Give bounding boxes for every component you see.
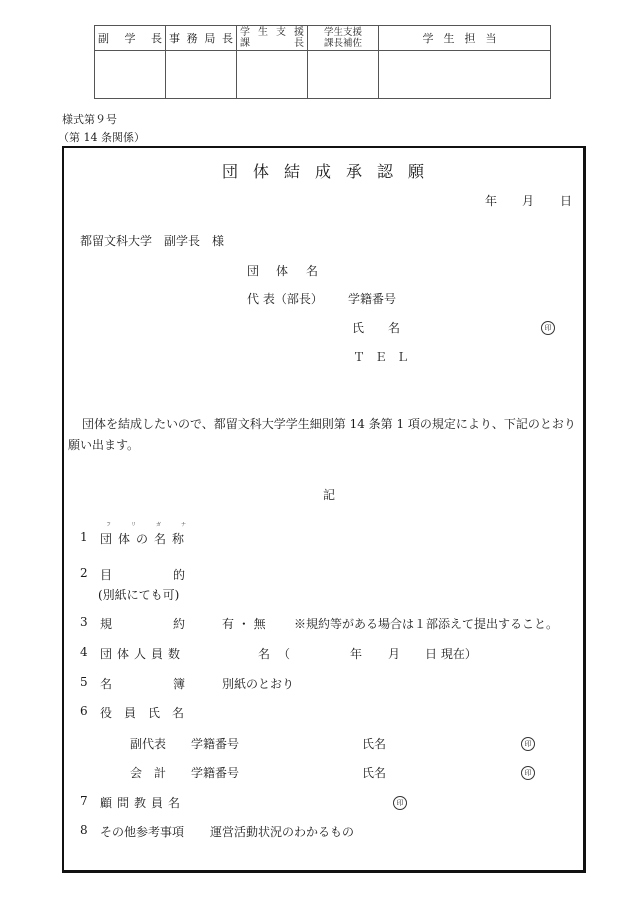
item-2-label-left: 目 — [100, 566, 112, 583]
item-8-number: 8 — [80, 823, 88, 837]
header-secretary-general: 事 務 局 長 — [166, 26, 237, 51]
officer-2-id-label: 学籍番号 — [191, 764, 239, 781]
officer-2-name-label: 氏名 — [362, 764, 386, 781]
date-month-label: 月 — [522, 192, 534, 209]
item-5-value: 別紙のとおり — [222, 675, 294, 692]
item-4-month: 月 — [388, 645, 400, 662]
representative-label: 代 表（部長） — [247, 290, 323, 307]
officer-1-name-label: 氏名 — [362, 735, 386, 752]
stamp-cell-assistant-chief[interactable] — [308, 51, 379, 99]
item-7-label: 顧問教員名 — [100, 794, 185, 811]
item-1-number: 1 — [80, 530, 88, 544]
date-year-label: 年 — [485, 192, 497, 209]
header-student-staff: 学生担当 — [379, 26, 551, 51]
form-relation: （第 14 条関係） — [58, 129, 145, 145]
representative-student-id-label: 学籍番号 — [348, 290, 396, 307]
item-3-yes-no[interactable]: 有 ・ 無 — [222, 615, 266, 632]
item-8-value: 運営活動状況のわかるもの — [210, 823, 354, 840]
org-name-label-2: 体 — [276, 262, 288, 279]
body-text-line1: 団体を結成したいので、都留文科大学学生細則第 14 条第 1 項の規定により、下… — [82, 415, 576, 432]
item-8-label: その他参考事項 — [100, 823, 184, 840]
representative-name-label-2: 名 — [388, 319, 400, 336]
form-number: 様式第９号 — [62, 111, 117, 127]
header-student-support-chief: 学 生 支 援 課 長 — [237, 26, 308, 51]
item-4-unit: 名（ — [258, 645, 298, 662]
seal-icon: 印 — [521, 737, 535, 751]
item-4-year: 年 — [350, 645, 362, 662]
item-7-number: 7 — [80, 794, 88, 808]
seal-icon: 印 — [521, 766, 535, 780]
item-2-label-right: 的 — [173, 566, 185, 583]
officer-2-role: 会 計 — [130, 764, 166, 781]
seal-icon: 印 — [541, 321, 555, 335]
item-4-day-suffix: 日 現在） — [425, 645, 477, 662]
item-5-label-right: 簿 — [173, 675, 185, 692]
item-2-note: (別紙にても可) — [98, 586, 179, 603]
ki-heading: 記 — [323, 486, 335, 503]
item-1-furigana: フ リ ガ ナ — [106, 521, 186, 528]
representative-name-label-1: 氏 — [352, 319, 364, 336]
stamp-cell-secretary-general[interactable] — [166, 51, 237, 99]
officer-1-role: 副代表 — [130, 735, 166, 752]
addressee: 都留文科大学 副学長 様 — [80, 232, 224, 249]
item-1-label: 団体の名称 — [100, 530, 190, 547]
item-3-number: 3 — [80, 615, 88, 629]
org-name-label-3: 名 — [306, 262, 318, 279]
header-student-support-assistant-chief: 学生支援 課長補佐 — [308, 26, 379, 51]
header-vice-president: 副 学 長 — [95, 26, 166, 51]
org-name-label-1: 団 — [247, 262, 259, 279]
item-3-label-left: 規 — [100, 615, 112, 632]
officer-1-id-label: 学籍番号 — [191, 735, 239, 752]
item-6-number: 6 — [80, 704, 88, 718]
stamp-cell-student-support-chief[interactable] — [237, 51, 308, 99]
item-4-label: 団体人員数 — [100, 645, 185, 662]
item-4-number: 4 — [80, 645, 88, 659]
item-3-note: ※規約等がある場合は１部添えて提出すること。 — [294, 615, 558, 632]
document-title: 団体結成承認願 — [222, 159, 439, 182]
item-3-label-right: 約 — [173, 615, 185, 632]
body-text-line2: 願い出ます。 — [68, 436, 139, 453]
stamp-cell-vice-president[interactable] — [95, 51, 166, 99]
item-5-number: 5 — [80, 675, 88, 689]
tel-label: Ｔ Ｅ Ｌ — [353, 348, 412, 365]
item-6-label: 役員氏名 — [100, 704, 196, 721]
date-day-label: 日 — [560, 192, 572, 209]
approval-stamp-table: 副 学 長 事 務 局 長 学 生 支 援 課 — [94, 25, 551, 99]
seal-icon: 印 — [393, 796, 407, 810]
item-2-number: 2 — [80, 566, 88, 580]
stamp-cell-student-staff[interactable] — [379, 51, 551, 99]
item-5-label-left: 名 — [100, 675, 112, 692]
